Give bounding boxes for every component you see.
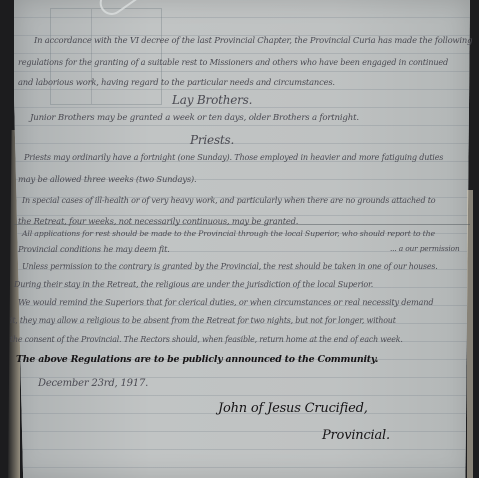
lay-brothers-text: Junior Brothers may be granted a week or… — [30, 113, 359, 123]
signature-title: Provincial. — [322, 428, 390, 443]
priests-line-7: Unless permission to the contrary is gra… — [22, 262, 438, 271]
priests-line-6: Provincial conditions he may deem fit. — [18, 244, 170, 254]
intro-line-3: and laborious work, having regard to the… — [18, 77, 335, 87]
priests-line-4: the Retreat, four weeks, not necessarily… — [18, 216, 298, 226]
intro-line-1: In accordance with the VI decree of the … — [34, 35, 472, 45]
signature-name: John of Jesus Crucified, — [218, 401, 368, 416]
date: December 23rd, 1917. — [38, 378, 148, 389]
fold-overlay-text: ... a our permission — [390, 244, 459, 253]
heading-lay-brothers: Lay Brothers. — [172, 93, 252, 107]
priests-line-3: In special cases of ill-health or of ver… — [22, 196, 435, 205]
priests-line-9: We would remind the Superiors that for c… — [18, 297, 433, 307]
priests-line-5: All applications for rest should be made… — [22, 229, 435, 238]
paper-edge-right — [467, 190, 473, 478]
priests-line-11: the consent of the Provincial. The Recto… — [10, 335, 403, 344]
priests-line-8: During their stay in the Retreat, the re… — [14, 280, 373, 289]
priests-line-1: Priests may ordinarily have a fortnight … — [24, 152, 443, 162]
intro-line-2: regulations for the granting of a suitab… — [18, 57, 448, 67]
announcement: The above Regulations are to be publicly… — [16, 354, 378, 365]
priests-line-10: it, they may allow a religious to be abs… — [10, 316, 396, 325]
heading-priests: Priests. — [190, 133, 234, 147]
priests-line-2: may be allowed three weeks (two Sundays)… — [18, 174, 196, 184]
